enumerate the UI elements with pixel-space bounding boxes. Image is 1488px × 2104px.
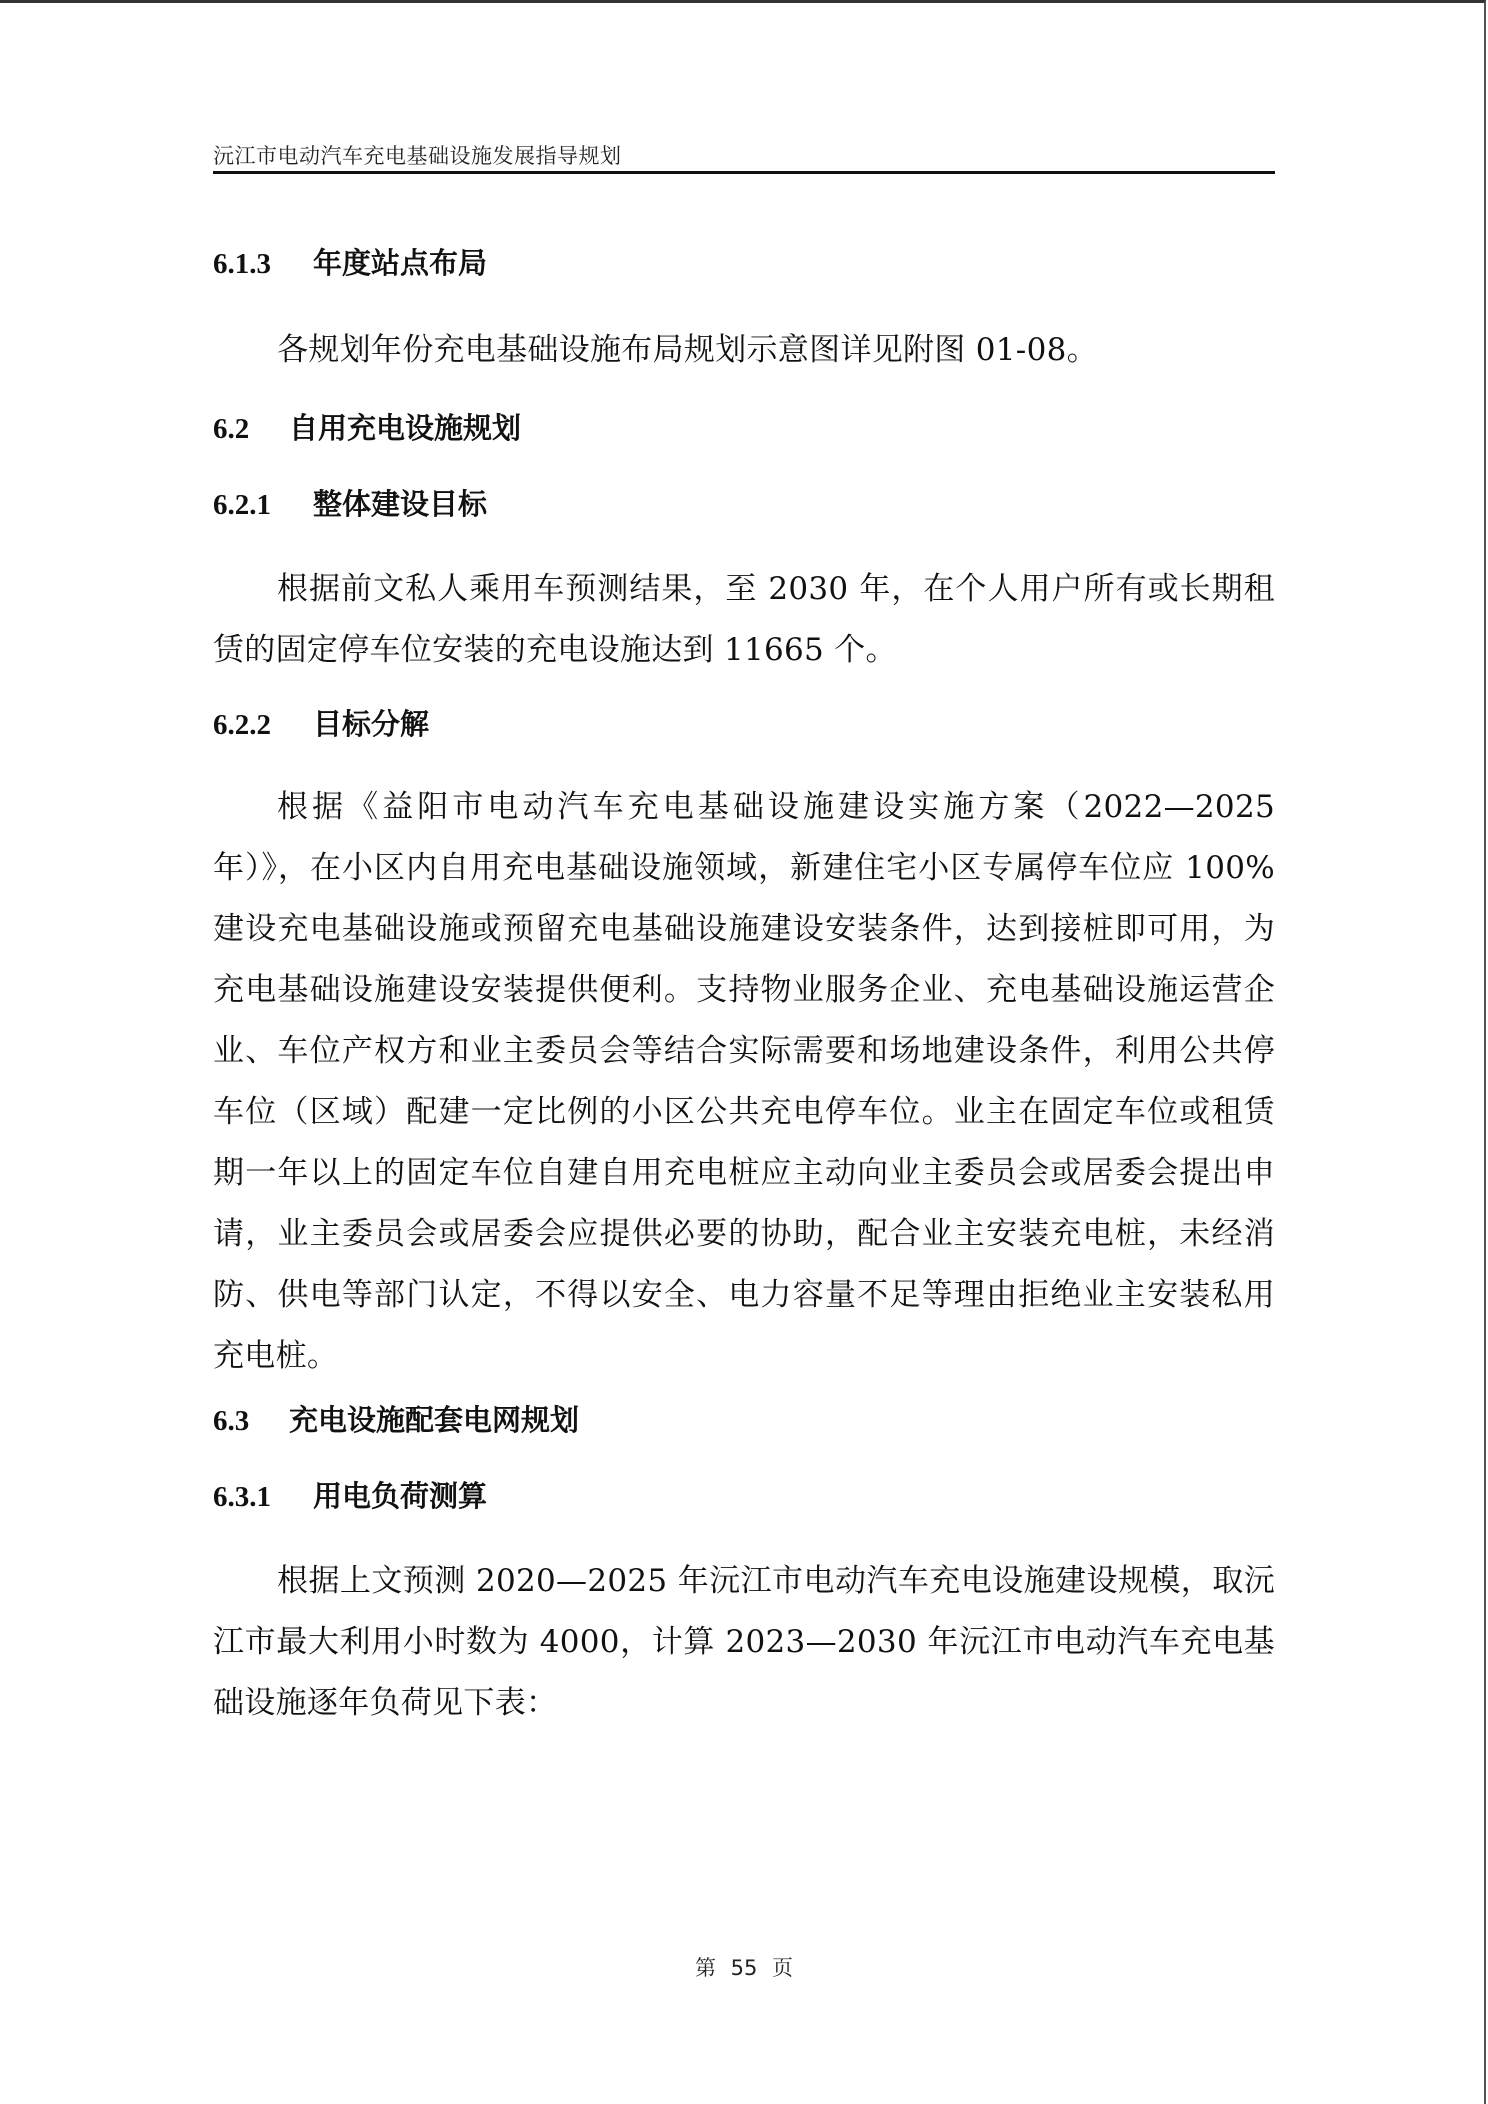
document-body: 6.1.3年度站点布局 各规划年份充电基础设施布局规划示意图详见附图 01-08… (213, 238, 1275, 1734)
paragraph-overall-target: 根据前文私人乘用车预测结果，至 2030 年，在个人用户所有或长期租赁的固定停车… (213, 559, 1275, 681)
heading-number: 6.2 (213, 404, 289, 454)
heading-title: 用电负荷测算 (313, 1479, 487, 1513)
header-rule (213, 171, 1275, 174)
heading-title: 整体建设目标 (313, 487, 487, 521)
heading-6-2-1: 6.2.1整体建设目标 (213, 479, 1275, 529)
heading-title: 自用充电设施规划 (289, 411, 521, 445)
paragraph-target-breakdown: 根据《益阳市电动汽车充电基础设施建设实施方案（2022—2025 年）》，在小区… (213, 777, 1275, 1387)
heading-number: 6.2.2 (213, 700, 313, 750)
paragraph-layout-reference: 各规划年份充电基础设施布局规划示意图详见附图 01-08。 (213, 320, 1275, 381)
heading-title: 年度站点布局 (313, 246, 487, 280)
heading-6-1-3: 6.1.3年度站点布局 (213, 238, 1275, 288)
heading-title: 充电设施配套电网规划 (289, 1403, 579, 1437)
heading-6-3-1: 6.3.1用电负荷测算 (213, 1471, 1275, 1521)
heading-number: 6.2.1 (213, 480, 313, 530)
paragraph-load-calculation: 根据上文预测 2020—2025 年沅江市电动汽车充电设施建设规模，取沅江市最大… (213, 1551, 1275, 1734)
heading-number: 6.1.3 (213, 239, 313, 289)
heading-6-2: 6.2自用充电设施规划 (213, 403, 1275, 453)
heading-6-3: 6.3充电设施配套电网规划 (213, 1395, 1275, 1445)
heading-number: 6.3 (213, 1396, 289, 1446)
heading-title: 目标分解 (313, 707, 429, 741)
running-header: 沅江市电动汽车充电基础设施发展指导规划 (213, 140, 1275, 170)
heading-number: 6.3.1 (213, 1472, 313, 1522)
page-number: 第 55 页 (0, 1952, 1488, 1982)
heading-6-2-2: 6.2.2目标分解 (213, 699, 1275, 749)
